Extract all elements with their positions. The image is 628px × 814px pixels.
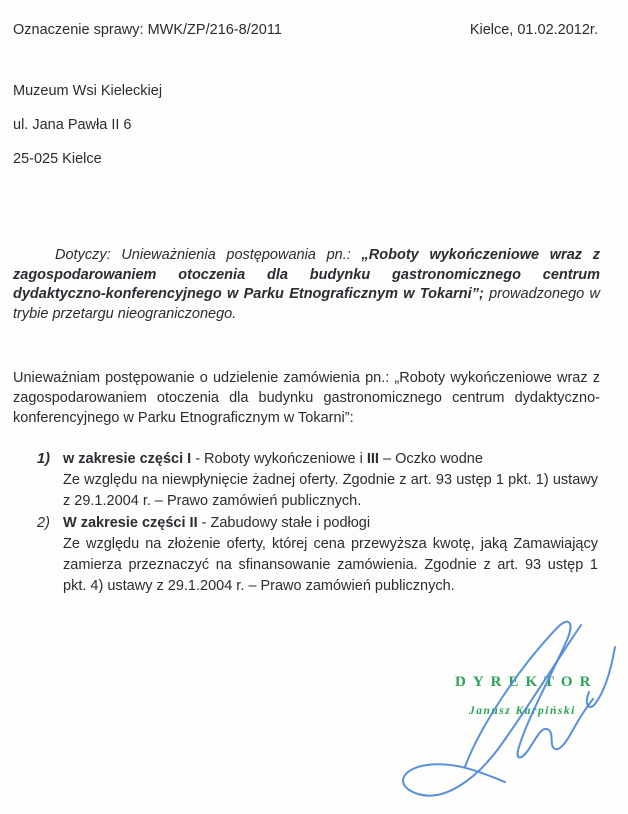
list-item-title-bold: W zakresie części II [63, 515, 198, 531]
subject-paragraph: Dotyczy: Unieważnienia postępowania pn.:… [13, 246, 600, 324]
document-page: Oznaczenie sprawy: MWK/ZP/216-8/2011 Kie… [0, 0, 628, 814]
list-item-title-tail: – Oczko wodne [379, 451, 483, 467]
case-number: Oznaczenie sprawy: MWK/ZP/216-8/2011 [13, 22, 282, 38]
place-date: Kielce, 01.02.2012r. [470, 22, 598, 38]
list-item-number: 1) [37, 449, 50, 470]
stamp-title: DYREKTOR [455, 674, 597, 691]
sender-street: ul. Jana Pawła II 6 [13, 116, 162, 135]
document-header: Oznaczenie sprawy: MWK/ZP/216-8/2011 Kie… [13, 22, 598, 38]
list-item-title: W zakresie części II - Zabudowy stałe i … [63, 513, 598, 534]
stamp-name: Janusz Karpiński [469, 705, 597, 717]
subject-lead: Dotyczy: Unieważnienia postępowania pn.: [55, 247, 362, 263]
sender-name: Muzeum Wsi Kieleckiej [13, 82, 162, 101]
sender-city: 25-025 Kielce [13, 150, 162, 169]
list-item: 1) w zakresie części I - Roboty wykończe… [37, 449, 598, 512]
sender-address: Muzeum Wsi Kieleckiej ul. Jana Pawła II … [13, 82, 162, 184]
list-item-detail: Ze względu na niewpłynięcie żadnej ofert… [63, 470, 598, 512]
list-item-title: w zakresie części I - Roboty wykończenio… [63, 449, 598, 470]
list-item-title-mid: - Zabudowy stałe i podłogi [198, 515, 371, 531]
list-item-number: 2) [37, 513, 50, 534]
director-stamp: DYREKTOR Janusz Karpiński [455, 674, 597, 717]
list-item-title-mid: - Roboty wykończeniowe i [191, 451, 367, 467]
decision-paragraph: Unieważniam postępowanie o udzielenie za… [13, 368, 600, 428]
list-item: 2) W zakresie części II - Zabudowy stałe… [37, 513, 598, 597]
list-item-title-bold: w zakresie części I [63, 451, 191, 467]
decision-list: 1) w zakresie części I - Roboty wykończe… [37, 449, 598, 598]
list-item-detail: Ze względu na złożenie oferty, której ce… [63, 534, 598, 597]
list-item-title-bold2: III [367, 451, 379, 467]
